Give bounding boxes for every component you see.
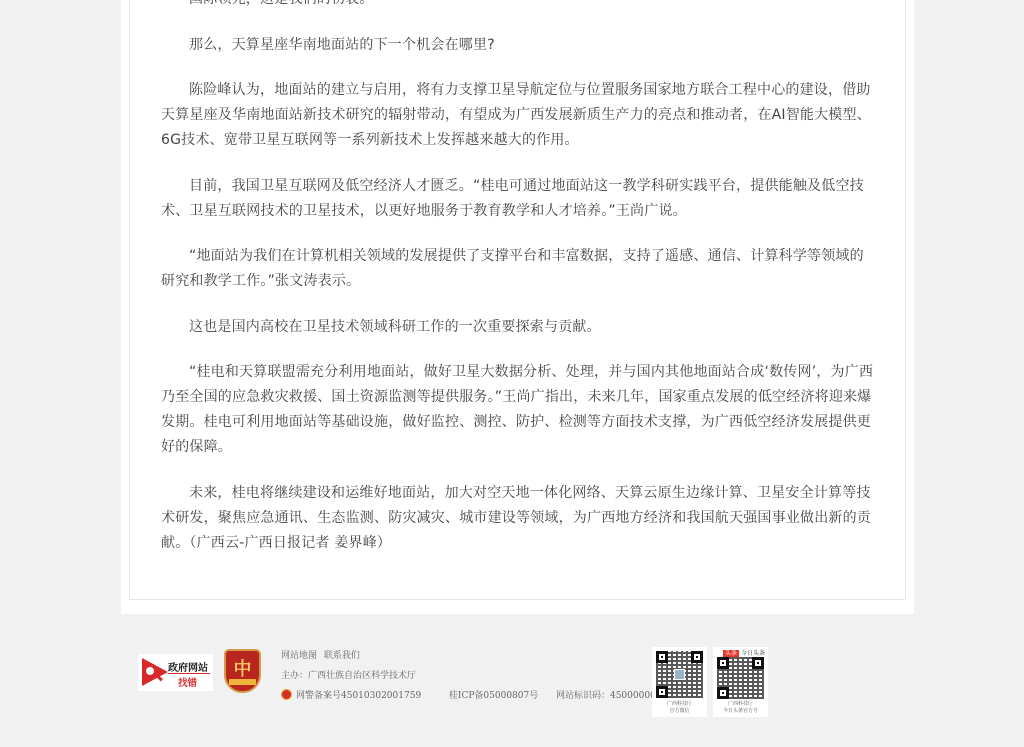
contact-link[interactable]: 联系我们	[324, 651, 360, 661]
qr-caption-line: 今日头条官方号	[713, 708, 768, 715]
host-organization: 主办：广西壮族自治区科学技术厅	[281, 666, 667, 686]
toutiao-label: 今日头条	[741, 650, 765, 657]
footer-links: 网站地图 联系我们	[281, 646, 667, 666]
article-paragraph: 未来，桂电将继续建设和运维好地面站，加大对空天地一体化网络、天算云原生边缘计算、…	[161, 481, 874, 556]
police-badge-icon	[281, 689, 292, 700]
article-paragraph: 目前，我国卫星互联网及低空经济人才匮乏。“桂电可通过地面站这一教学科研实践平台，…	[161, 174, 874, 224]
article-paragraph: 陈险峰认为，地面站的建立与启用，将有力支撑卫星导航定位与位置服务国家地方联合工程…	[161, 78, 874, 153]
toutiao-logo-icon: 头条	[723, 650, 739, 657]
wechat-logo-icon	[674, 669, 685, 680]
divider	[168, 673, 210, 674]
toutiao-header: 头条今日头条	[723, 648, 765, 657]
gov-badge-title: 政府网站	[168, 659, 208, 674]
gov-site-error-report-badge[interactable]: 政府网站 找错	[138, 654, 213, 691]
gov-badge-subtitle: 找错	[178, 675, 197, 689]
record-info: 网警备案号45010302001759 桂ICP备05000807号 网站标识码…	[281, 686, 667, 706]
site-id: 网站标识码：4500000052	[556, 691, 667, 701]
article-body: 国际领先，这是我们的初衷。 那么，天算星座华南地面站的下一个机会在哪里? 陈险峰…	[161, 0, 874, 576]
article-paragraph: “地面站为我们在计算机相关领域的发展提供了支撑平台和丰富数据，支持了遥感、通信、…	[161, 244, 874, 294]
qr-caption-line: 官方微信	[652, 708, 707, 715]
qr-finder-icon	[717, 687, 729, 699]
icp-link[interactable]: 桂ICP备05000807号	[449, 691, 538, 701]
qr-finder-icon	[717, 657, 729, 669]
party-badge-label-bar	[229, 679, 256, 685]
footer-info: 网站地图 联系我们 主办：广西壮族自治区科学技术厅 网警备案号450103020…	[281, 646, 667, 706]
toutiao-qr-code: 头条今日头条 广西科技厅 今日头条官方号	[713, 647, 768, 717]
article-paragraph: 那么，天算星座华南地面站的下一个机会在哪里?	[161, 33, 874, 58]
qr-finder-icon	[656, 651, 668, 663]
qr-caption: 广西科技厅 官方微信	[652, 701, 707, 715]
article-box: 国际领先，这是我们的初衷。 那么，天算星座华南地面站的下一个机会在哪里? 陈险峰…	[129, 0, 906, 600]
qr-finder-icon	[656, 686, 668, 698]
article-paragraph: 这也是国内高校在卫星技术领域科研工作的一次重要探索与贡献。	[161, 315, 874, 340]
police-record-link[interactable]: 网警备案号45010302001759	[296, 691, 421, 701]
qr-finder-icon	[691, 651, 703, 663]
sitemap-link[interactable]: 网站地图	[281, 651, 317, 661]
article-paragraph: 国际领先，这是我们的初衷。	[161, 0, 874, 12]
qr-caption-line: 广西科技厅	[652, 701, 707, 708]
qr-caption: 广西科技厅 今日头条官方号	[713, 701, 768, 715]
site-footer: 政府网站 找错 中 网站地图 联系我们 主办：广西壮族自治区科学技术厅 网警备案…	[0, 614, 1024, 747]
party-emblem-icon: 中	[226, 655, 259, 681]
party-gov-agency-badge[interactable]: 中	[224, 649, 261, 693]
article-paragraph: “桂电和天算联盟需充分利用地面站，做好卫星大数据分析、处理，并与国内其他地面站合…	[161, 360, 874, 460]
qr-caption-line: 广西科技厅	[713, 701, 768, 708]
wechat-qr-code: 广西科技厅 官方微信	[652, 647, 707, 717]
page-container: 国际领先，这是我们的初衷。 那么，天算星座华南地面站的下一个机会在哪里? 陈险峰…	[121, 0, 914, 614]
qr-finder-icon	[752, 657, 764, 669]
